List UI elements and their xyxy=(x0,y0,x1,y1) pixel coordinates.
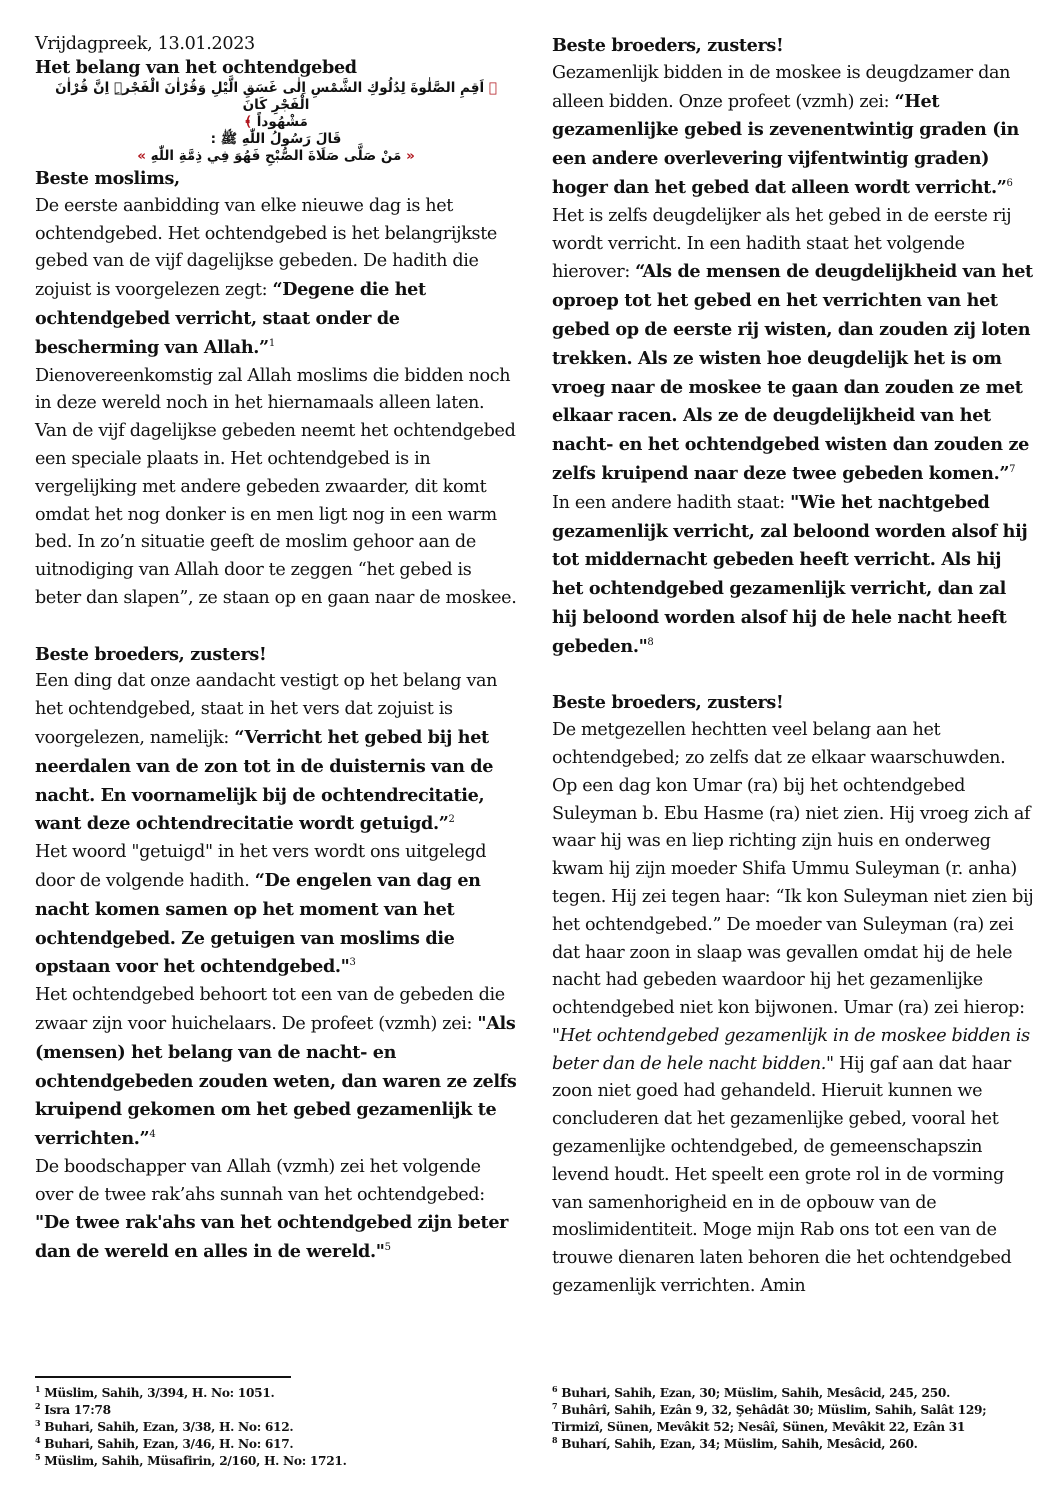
footnote: 6 Buhari, Sahih, Ezan, 30; Müslim, Sahih… xyxy=(552,1385,1034,1402)
arabic-block: ﴿ اَقِمِ الصَّلٰوةَ لِدُلُوكِ الشَّمْسِ … xyxy=(35,80,517,165)
arabic-verse-line2: مَشْهُوداً xyxy=(257,114,308,130)
hadith-open-quote: « xyxy=(406,148,415,164)
hadith-quote: "De twee rak'ahs van het ochtendgebed zi… xyxy=(35,1212,508,1262)
arabic-hadith-intro: قَالَ رَسُولُ اللّٰهِ ﷺ : xyxy=(35,131,517,148)
footnote-text: Müslim, Sahih, 3/394, H. No: 1051. xyxy=(40,1386,274,1400)
footnote-text: Buharí, Sahih, Ezan, 34; Müslim, Sahih, … xyxy=(557,1437,917,1451)
footnote-ref[interactable]: 4 xyxy=(149,1129,155,1140)
footnote-ref[interactable]: 5 xyxy=(385,1242,391,1253)
right-column: Beste broeders, zusters! Gezamenlijk bid… xyxy=(552,32,1034,1301)
hadith-quote: “Als de mensen de deugdelijkheid van het… xyxy=(552,261,1033,484)
paragraph-text: " Hij gaf aan dat haar zoon niet goed ha… xyxy=(552,1054,1011,1296)
verse-open-bracket: ﴿ xyxy=(489,80,497,96)
paragraph-text: In een andere hadith staat: xyxy=(552,493,790,513)
footnote: 5 Müslim, Sahih, Müsafirin, 2/160, H. No… xyxy=(35,1453,517,1470)
footnote-text: Buhârî, Sahih, Ezân 9, 32, Şehâdât 30; M… xyxy=(552,1403,986,1434)
paragraph: Gezamenlijk bidden in de moskee is deugd… xyxy=(552,60,1034,203)
footnote: 7 Buhârî, Sahih, Ezân 9, 32, Şehâdât 30;… xyxy=(552,1402,1034,1436)
paragraph-text: Gezamenlijk bidden in de moskee is deugd… xyxy=(552,63,1010,112)
footnotes-right: 6 Buhari, Sahih, Ezan, 30; Müslim, Sahih… xyxy=(552,1385,1034,1453)
paragraph: De metgezellen hechtten veel belang aan … xyxy=(552,717,1034,1301)
footnote-text: Buhari, Sahih, Ezan, 3/46, H. No: 617. xyxy=(40,1437,293,1451)
footnote: 3 Buhari, Sahih, Ezan, 3/38, H. No: 612. xyxy=(35,1419,517,1436)
verse-close-bracket: ﴾ xyxy=(244,114,252,130)
left-column: Vrijdagpreek, 13.01.2023 Het belang van … xyxy=(35,32,517,1267)
paragraph: Dienovereenkomstig zal Allah moslims die… xyxy=(35,363,517,613)
arabic-hadith-text: مَنْ صَلَّى صَلَاةَ الصُّبْحِ فَهُوَ فِي… xyxy=(151,148,402,164)
paragraph-text: Het ochtendgebed behoort tot een van de … xyxy=(35,985,505,1034)
paragraph-text: De boodschapper van Allah (vzmh) zei het… xyxy=(35,1157,485,1205)
footnote-text: Buhari, Sahih, Ezan, 3/38, H. No: 612. xyxy=(40,1420,293,1434)
footnotes-left: 1 Müslim, Sahih, 3/394, H. No: 1051. 2 I… xyxy=(35,1385,517,1470)
footnote-separator xyxy=(35,1376,291,1378)
hadith-close-quote: » xyxy=(137,148,146,164)
footnote-text: Isra 17:78 xyxy=(40,1403,111,1417)
footnote-ref[interactable]: 8 xyxy=(647,637,653,648)
footnote-text: Müslim, Sahih, Müsafirin, 2/160, H. No: … xyxy=(40,1454,346,1468)
footnote: 4 Buhari, Sahih, Ezan, 3/46, H. No: 617. xyxy=(35,1436,517,1453)
sermon-date: Vrijdagpreek, 13.01.2023 xyxy=(35,32,517,56)
section-heading: Beste moslims, xyxy=(35,165,517,193)
section-heading: Beste broeders, zusters! xyxy=(552,689,1034,717)
sermon-title: Het belang van het ochtendgebed xyxy=(35,56,517,80)
paragraph-text: De metgezellen hechtten veel belang aan … xyxy=(552,720,1033,1046)
arabic-verse: ﴿ اَقِمِ الصَّلٰوةَ لِدُلُوكِ الشَّمْسِ … xyxy=(35,80,517,131)
footnote: 8 Buharí, Sahih, Ezan, 34; Müslim, Sahih… xyxy=(552,1436,1034,1453)
paragraph-text: De eerste aanbidding van elke nieuwe dag… xyxy=(35,196,497,300)
hadith-quote: "Wie het nachtgebed gezamenlijk verricht… xyxy=(552,492,1027,657)
footnote: 1 Müslim, Sahih, 3/394, H. No: 1051. xyxy=(35,1385,517,1402)
footnote-ref[interactable]: 6 xyxy=(1006,178,1012,189)
paragraph: De boodschapper van Allah (vzmh) zei het… xyxy=(35,1154,517,1267)
arabic-verse-line1: اَقِمِ الصَّلٰوةَ لِدُلُوكِ الشَّمْسِ اِ… xyxy=(55,80,484,113)
footnote-ref[interactable]: 7 xyxy=(1009,464,1015,475)
footnote-text: Buhari, Sahih, Ezan, 30; Müslim, Sahih, … xyxy=(557,1386,950,1400)
paragraph: Het ochtendgebed behoort tot een van de … xyxy=(35,982,517,1154)
paragraph: Een ding dat onze aandacht vestigt op he… xyxy=(35,668,517,839)
footnote-ref[interactable]: 3 xyxy=(350,957,356,968)
section-heading: Beste broeders, zusters! xyxy=(552,32,1034,60)
section-heading: Beste broeders, zusters! xyxy=(35,641,517,669)
paragraph: Het woord "getuigd" in het vers wordt on… xyxy=(35,839,517,982)
footnote-ref[interactable]: 1 xyxy=(269,338,275,349)
paragraph: De eerste aanbidding van elke nieuwe dag… xyxy=(35,193,517,363)
paragraph: Het is zelfs deugdelijker als het gebed … xyxy=(552,203,1034,662)
footnote-ref[interactable]: 2 xyxy=(449,814,455,825)
footnote: 2 Isra 17:78 xyxy=(35,1402,517,1419)
arabic-hadith: « مَنْ صَلَّى صَلَاةَ الصُّبْحِ فَهُوَ ف… xyxy=(35,148,517,165)
